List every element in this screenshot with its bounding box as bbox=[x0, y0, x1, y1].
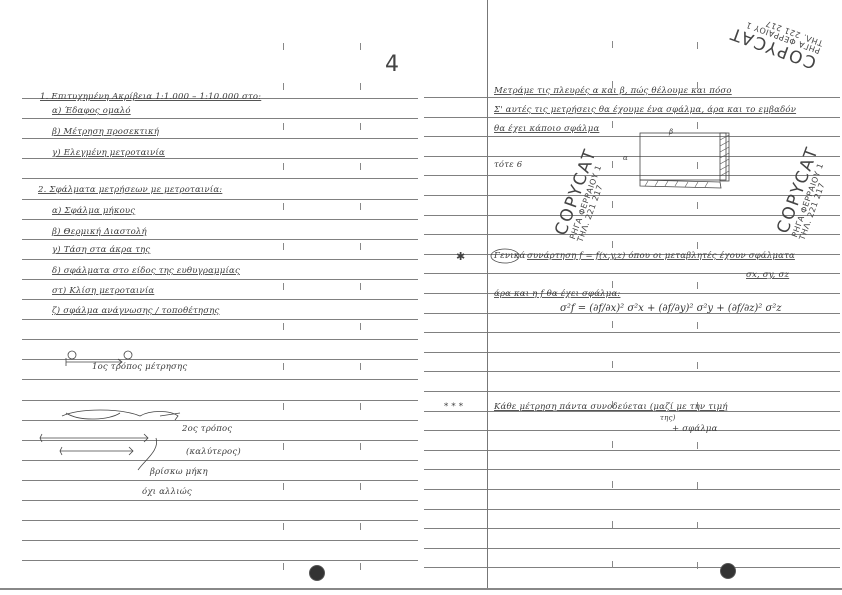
page-bottom-edge bbox=[0, 588, 842, 590]
r-line-9: + σφάλμα bbox=[672, 424, 718, 434]
binder-hole-icon bbox=[720, 563, 736, 579]
error-propagation-formula: σ²f = (∂f/∂x)² σ²x + (∂f/∂y)² σ²y + (∂f/… bbox=[560, 303, 782, 314]
binder-hole-icon bbox=[309, 565, 325, 581]
r-line-7: άρα και η f θα έχει σφάλμα: bbox=[494, 289, 620, 299]
r-line-6: σx, σy, σz bbox=[746, 270, 789, 280]
svg-text:✱: ✱ bbox=[456, 250, 465, 263]
r-line-8b: της) bbox=[660, 414, 676, 422]
r-line-8-marks: * * * bbox=[444, 402, 463, 412]
r-line-5: συνάρτηση f = f(x,y,z) όπου οι μεταβλητέ… bbox=[527, 251, 795, 261]
rectangle-diagram: ✱ bbox=[0, 0, 842, 595]
r-line-8: Κάθε μέτρηση πάντα συνοδεύεται (μαζί με … bbox=[494, 402, 728, 412]
r-line-5-prefix: Γενικά bbox=[494, 251, 525, 261]
